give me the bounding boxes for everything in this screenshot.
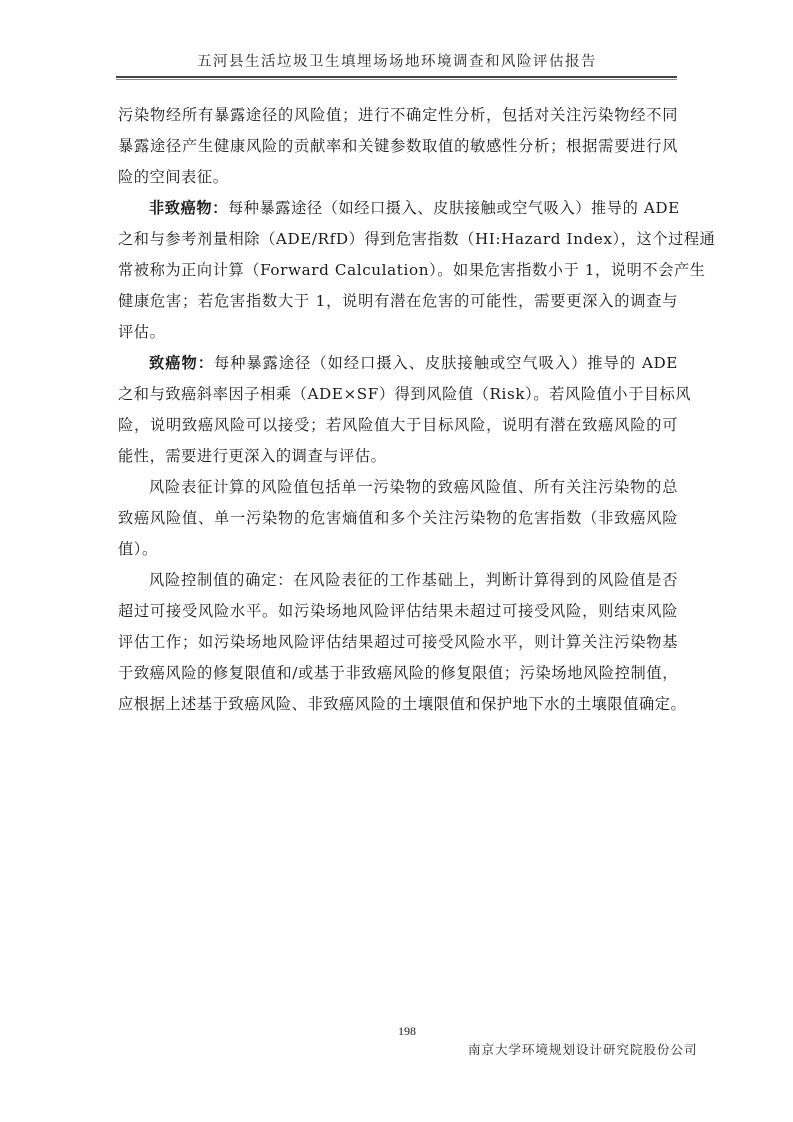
text-line: 险，说明致癌风险可以接受；若风险值大于目标风险，说明有潜在致癌风险的可 [118, 410, 678, 441]
paragraph-non-carcinogen: 非致癌物：每种暴露途径（如经口摄入、皮肤接触或空气吸入）推导的 ADE 之和与参… [118, 193, 678, 348]
paragraph-risk-characterization: 风险表征计算的风险值包括单一污染物的致癌风险值、所有关注污染物的总 致癌风险值、… [118, 472, 678, 565]
text-line: 致癌物：每种暴露途径（如经口摄入、皮肤接触或空气吸入）推导的 ADE [118, 348, 678, 379]
paragraph-risk-control-values: 风险控制值的确定：在风险表征的工作基础上，判断计算得到的风险值是否 超过可接受风… [118, 565, 678, 720]
text-line: 之和与致癌斜率因子相乘（ADE×SF）得到风险值（Risk）。若风险值小于目标风 [118, 379, 678, 410]
term-label: 致癌物： [149, 354, 214, 372]
text-line: 暴露途径产生健康风险的贡献率和关键参数取值的敏感性分析；根据需要进行风 [118, 131, 678, 162]
text-line: 于致癌风险的修复限值和/或基于非致癌风险的修复限值；污染场地风险控制值， [118, 658, 678, 689]
paragraph-carcinogen: 致癌物：每种暴露途径（如经口摄入、皮肤接触或空气吸入）推导的 ADE 之和与致癌… [118, 348, 678, 472]
text-line: 非致癌物：每种暴露途径（如经口摄入、皮肤接触或空气吸入）推导的 ADE [118, 193, 678, 224]
text-line: 险的空间表征。 [118, 162, 678, 193]
text-line: 风险表征计算的风险值包括单一污染物的致癌风险值、所有关注污染物的总 [118, 472, 678, 503]
text-line: 污染物经所有暴露途径的风险值；进行不确定性分析，包括对关注污染物经不同 [118, 100, 678, 131]
page-number: 198 [398, 1024, 416, 1039]
text-line: 致癌风险值、单一污染物的危害熵值和多个关注污染物的危害指数（非致癌风险 [118, 503, 678, 534]
text-line: 应根据上述基于致癌风险、非致癌风险的土壤限值和保护地下水的土壤限值确定。 [118, 689, 678, 720]
text-line: 能性，需要进行更深入的调查与评估。 [118, 441, 678, 472]
header-rule [116, 76, 677, 78]
paragraph-continuation: 污染物经所有暴露途径的风险值；进行不确定性分析，包括对关注污染物经不同 暴露途径… [118, 100, 678, 193]
text-span: 每种暴露途径（如经口摄入、皮肤接触或空气吸入）推导的 ADE [214, 354, 678, 372]
header-rule-thin [116, 79, 677, 80]
footer-organization: 南京大学环境规划设计研究院股份公司 [468, 1040, 698, 1058]
text-line: 健康危害；若危害指数大于 1，说明有潜在危害的可能性，需要更深入的调查与 [118, 286, 678, 317]
text-line: 值）。 [118, 534, 678, 565]
text-line: 风险控制值的确定：在风险表征的工作基础上，判断计算得到的风险值是否 [118, 565, 678, 596]
term-label: 非致癌物： [149, 199, 228, 217]
text-line: 超过可接受风险水平。如污染场地风险评估结果未超过可接受风险，则结束风险 [118, 596, 678, 627]
text-line: 评估工作；如污染场地风险评估结果超过可接受风险水平，则计算关注污染物基 [118, 627, 678, 658]
text-line: 常被称为正向计算（Forward Calculation）。如果危害指数小于 1… [118, 255, 678, 286]
document-body: 污染物经所有暴露途径的风险值；进行不确定性分析，包括对关注污染物经不同 暴露途径… [118, 100, 678, 720]
running-header-title: 五河县生活垃圾卫生填埋场场地环境调查和风险评估报告 [117, 50, 677, 71]
text-line: 评估。 [118, 317, 678, 348]
text-span: 每种暴露途径（如经口摄入、皮肤接触或空气吸入）推导的 ADE [228, 199, 680, 217]
text-line: 之和与参考剂量相除（ADE/RfD）得到危害指数（HI:Hazard Index… [118, 224, 678, 255]
